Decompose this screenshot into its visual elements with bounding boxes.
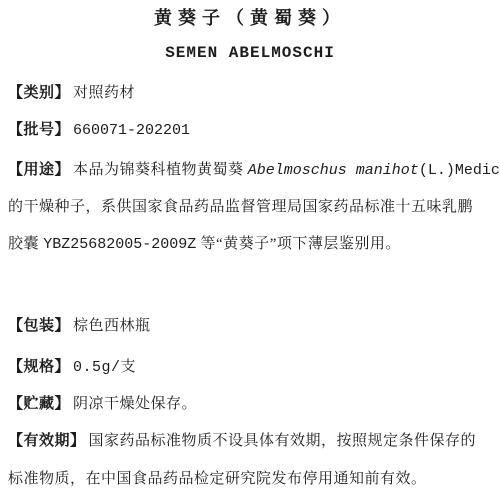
field-batch-number: 【批号】660071-202201 [8, 121, 190, 140]
usage-latin-binomial: Abelmoschus manihot [248, 162, 419, 179]
field-storage: 【贮藏】阴凉干燥处保存。 [8, 395, 197, 414]
field-usage-line2: 的干燥种子，系供国家食品药品监督管理局国家药品标准十五味乳鹏 [8, 198, 473, 217]
validity-text-line2: 标准物质，在中国食品药品检定研究院发布停用通知前有效。 [8, 471, 427, 487]
document-page: 黄葵子（黄蜀葵） SEMEN ABELMOSCHI 【类别】对照药材 【批号】6… [0, 0, 500, 499]
field-specification-label: 【规格】 [8, 359, 70, 375]
field-packaging-label: 【包装】 [8, 318, 70, 334]
usage-latin-authority: (L.)Medic. [419, 162, 500, 179]
field-storage-value: 阴凉干燥处保存。 [73, 396, 197, 412]
usage-text-cn: 本品为锦葵科植物黄蜀葵 [73, 162, 248, 178]
usage-standard-code: YBZ25682005-2009Z [43, 236, 196, 253]
field-batch-number-label: 【批号】 [8, 122, 70, 138]
field-validity-line2: 标准物质，在中国食品药品检定研究院发布停用通知前有效。 [8, 470, 427, 489]
usage-text-line3-post: 等“黄葵子”项下薄层鉴别用。 [196, 236, 401, 252]
field-category: 【类别】对照药材 [8, 84, 135, 103]
field-storage-label: 【贮藏】 [8, 396, 70, 412]
document-latin-title: SEMEN ABELMOSCHI [0, 44, 500, 62]
field-validity-label: 【有效期】 [8, 433, 86, 449]
usage-text-line3-pre: 胶囊 [8, 236, 43, 252]
field-packaging: 【包装】棕色西林瓶 [8, 317, 151, 336]
field-category-label: 【类别】 [8, 85, 70, 101]
usage-text-line2: 的干燥种子，系供国家食品药品监督管理局国家药品标准十五味乳鹏 [8, 199, 473, 215]
field-usage-line3: 胶囊 YBZ25682005-2009Z 等“黄葵子”项下薄层鉴别用。 [8, 235, 401, 254]
field-validity-line1: 【有效期】国家药品标准物质不设具体有效期，按照规定条件保存的 [8, 432, 476, 451]
validity-text-line1: 国家药品标准物质不设具体有效期，按照规定条件保存的 [89, 433, 477, 449]
field-usage-line1: 【用途】本品为锦葵科植物黄蜀葵 Abelmoschus manihot(L.)M… [8, 161, 500, 180]
field-specification: 【规格】0.5g/支 [8, 358, 136, 377]
field-category-value: 对照药材 [73, 85, 135, 101]
field-packaging-value: 棕色西林瓶 [73, 318, 151, 334]
field-batch-number-value: 660071-202201 [73, 122, 190, 139]
document-title: 黄葵子（黄蜀葵） [0, 4, 500, 30]
field-specification-value: 0.5g/支 [73, 359, 136, 376]
field-usage-label: 【用途】 [8, 162, 70, 178]
